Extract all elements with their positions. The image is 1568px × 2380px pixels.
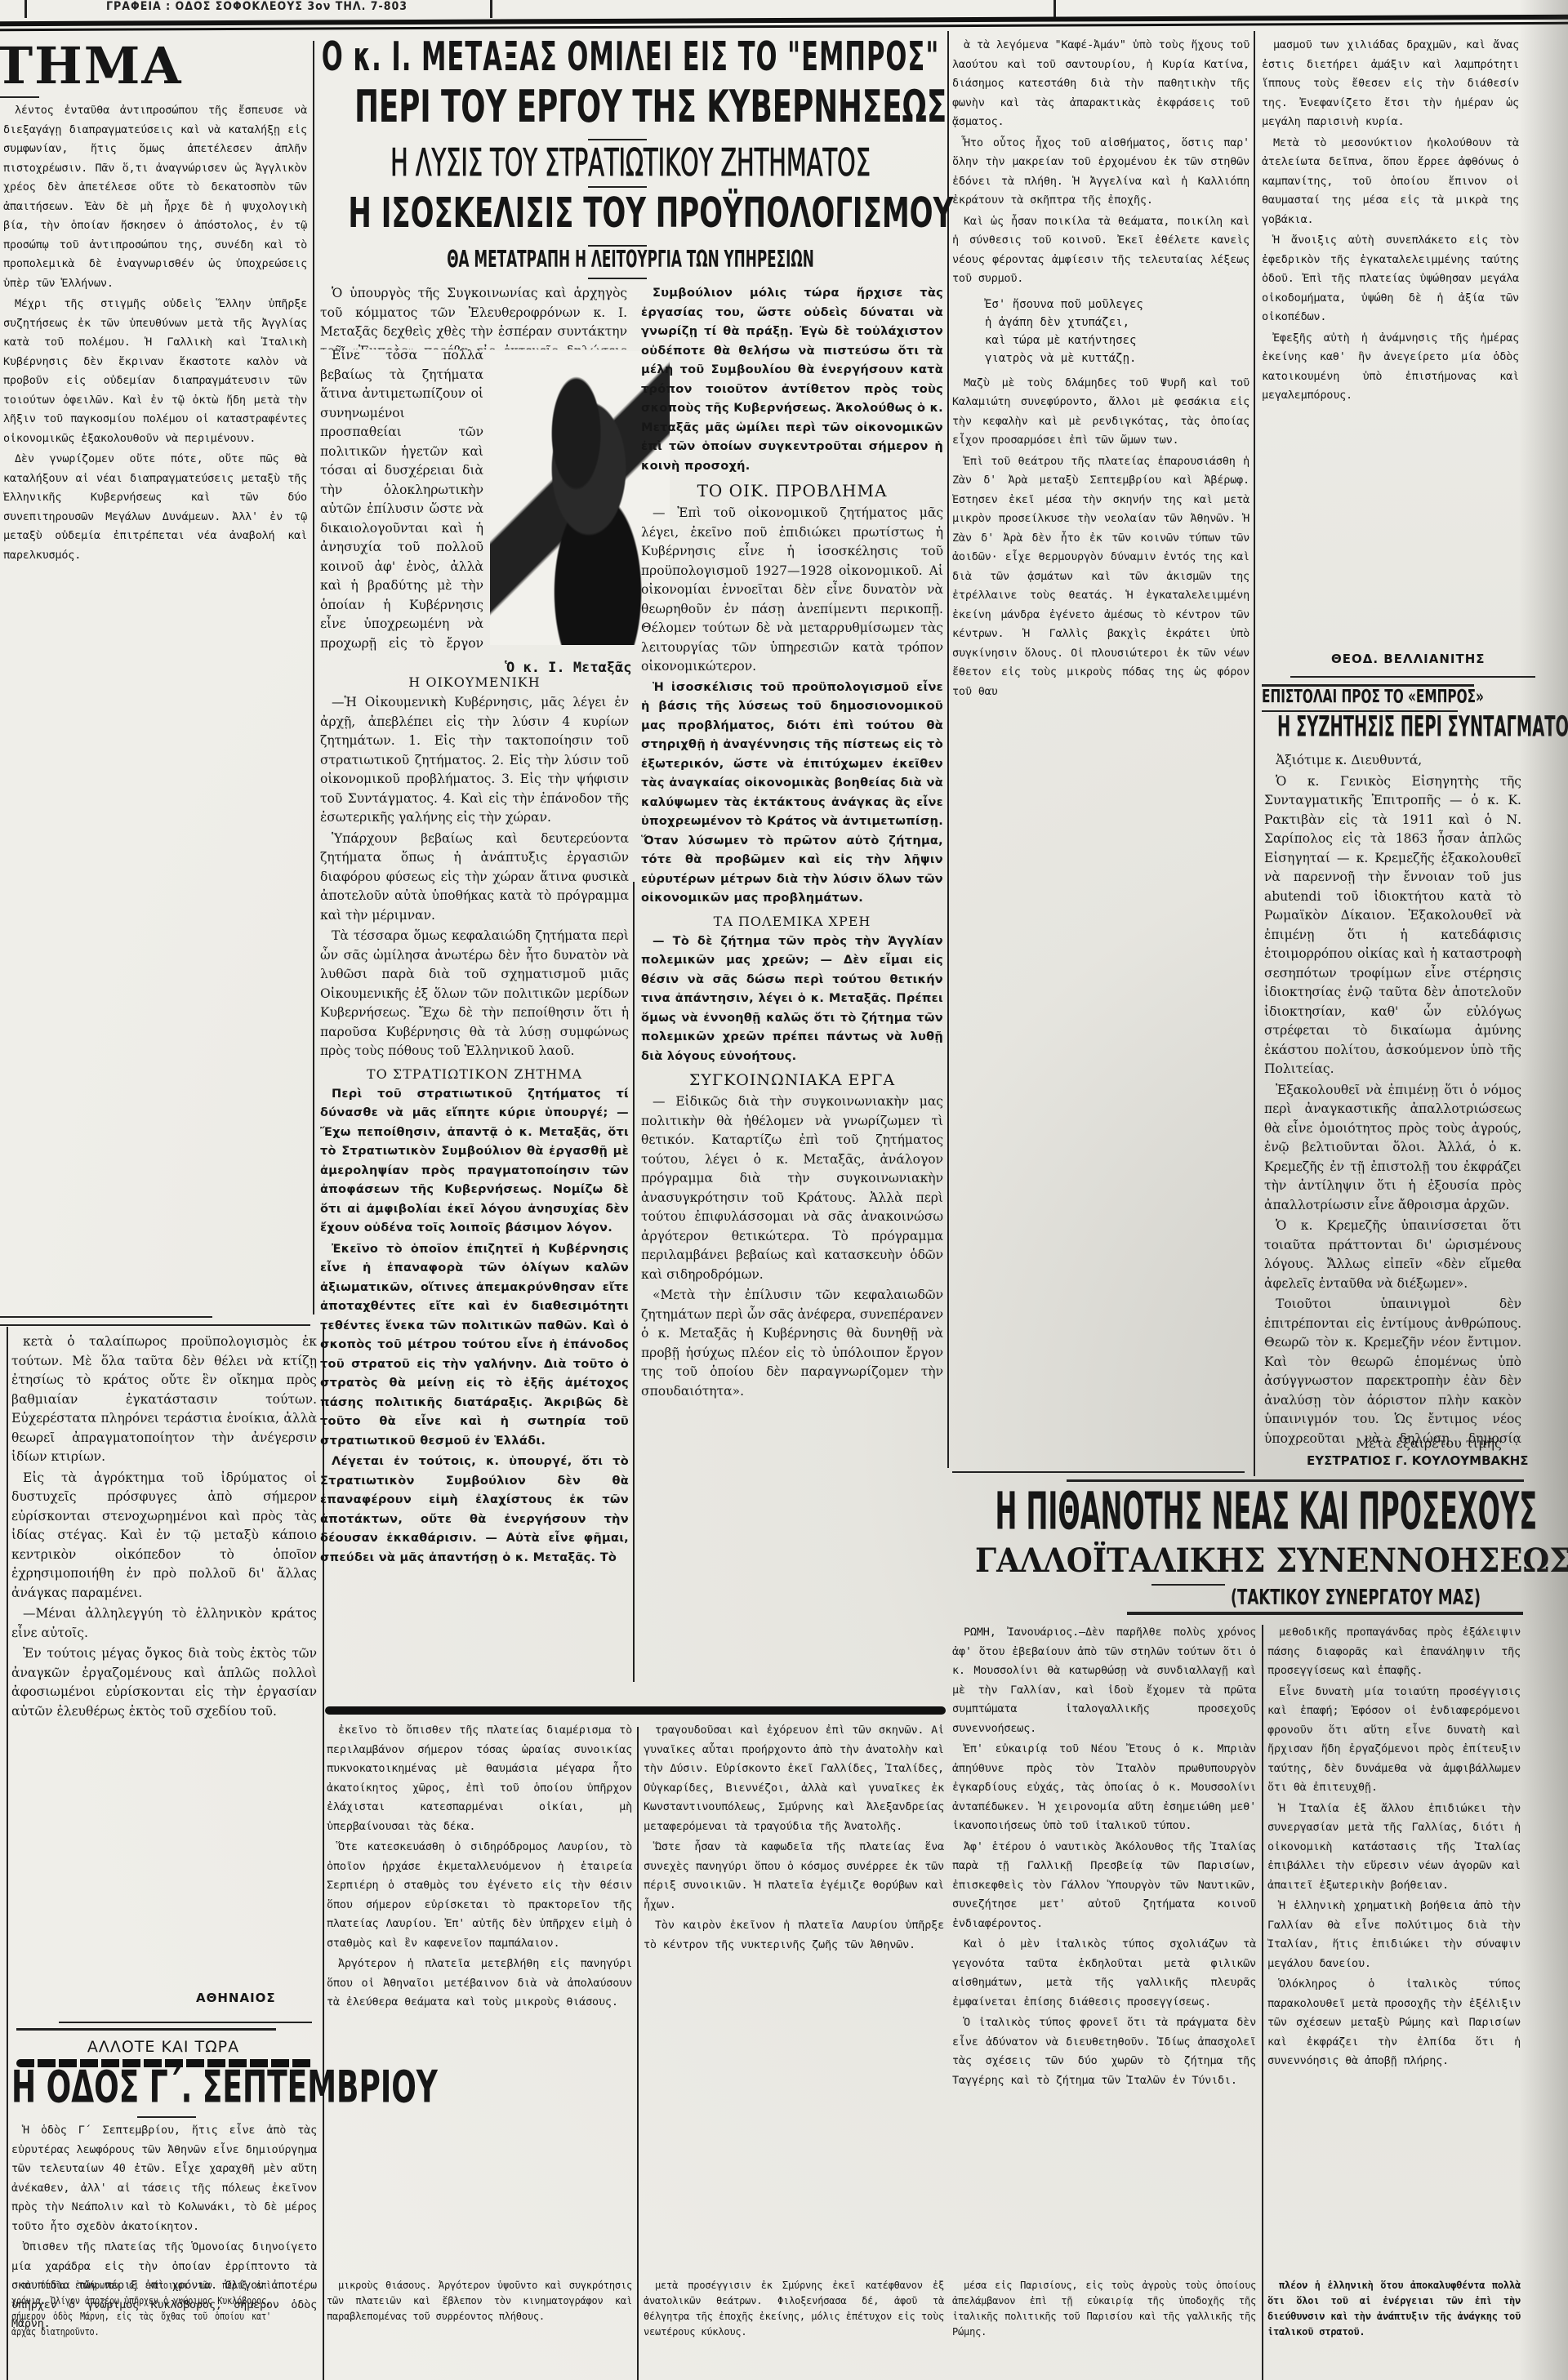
verse-block: Ἐσ' ἤσουνα ποῦ μοῦλεγες ἡ ἀγάπη δὲν χτυπ… [952,296,1249,367]
franco-italian-headline-2: ΓΑΛΛΟΪΤΑΛΙΚΗΣ ΣΥΝΕΝΝΟΗΣΕΩΣ [975,1541,1501,1580]
section-rule [0,1316,212,1318]
bottom-strip-3: μετὰ προσέγγισιν ἐκ Σμύρνης ἐκεῖ κατέφθα… [644,2278,944,2380]
bottom-strip-2: μικροὺς θιάσους. Ἀργότερον ὑψοῦντο καὶ σ… [327,2278,632,2380]
paragraph: Ὁ κ. Κρεμεζῆς ὑπαινίσσεται ὅτι τοιαῦτα π… [1264,1217,1521,1293]
letters-kicker: ΕΠΙΣΤΟΛΑΙ ΠΡΟΣ ΤΟ «ΕΜΠΡΟΣ» [1262,687,1484,708]
paragraph: Ἐπ' εὐκαιρίᾳ τοῦ Νέου Ἔτους ὁ κ. Μπριὰν … [952,1740,1256,1836]
paragraph: Εἶνε δυνατὴ μία τοιαύτη προσέγγισις καὶ … [1267,1683,1521,1798]
byline-signature: ΑΘΗΝΑΙΟΣ [196,1991,276,2005]
headline-underline [588,186,647,188]
paragraph: —Μέναι ἀλληλεγγύη τὸ ἑλληνικὸν κράτος εἶ… [11,1604,317,1643]
byline: (ΤΑΚΤΙΚΟΥ ΣΥΝΕΡΓΑΤΟΥ ΜΑΣ) [1184,1584,1527,1609]
verse-line: καὶ τώρα μὲ κατήντησες [952,331,1249,349]
section-rule [325,1706,946,1715]
theatre-column-2: τραγουδοῦσαι καὶ ἐχόρευον ἐπὶ τῶν σκηνῶν… [644,1721,944,2276]
paragraph: Ἡ ἰσοσκέλισις τοῦ προϋπολογισμοῦ εἶνε ἡ … [641,678,943,909]
paragraph: Ὁλόκληρος ὁ ἰταλικὸς τύπος παρακολουθεῖ … [1267,1975,1521,2071]
paragraph: Συμβούλιον μόλις τώρα ἤρχισε τὰς ἐργασία… [641,284,943,476]
paragraph: Ὁ κ. Γενικὸς Εἰσηγητὴς τῆς Συνταγματικῆς… [1264,772,1521,1079]
byline-underline [1127,1612,1523,1615]
title-underline [0,96,39,98]
paragraph: Ἐκεῖνο τὸ ὁποῖον ἐπιζητεῖ ἡ Κυβέρνησις ε… [320,1240,629,1452]
paragraph: κετὰ ὁ ταλαίπωρος προϋπολογισμὸς ἐκ τούτ… [11,1332,317,1467]
paragraph: «Μετὰ τὴν ἐπίλυσιν τῶν κεφαλαιωδῶν ζητημ… [641,1286,943,1401]
article-title-fragment: ΤΗΜΑ [0,36,182,96]
column-divider [947,31,949,1468]
paragraph: Μέχρι τῆς στιγμῆς οὐδεὶς Ἕλλην ὑπῆρξε συ… [3,295,307,448]
left-article-body: λέντος ἐνταῦθα ἀντιπροσώπου τῆς ἔσπευσε … [3,101,307,1301]
newspaper-page: ΓΡΑΦΕΙΑ : ΟΔΟΣ ΣΟΦΟΚΛΕΟΥΣ 3ον ΤΗΛ. 7-803… [0,0,1568,2380]
paragraph: τραγουδοῦσαι καὶ ἐχόρευον ἐπὶ τῶν σκηνῶν… [644,1721,944,1836]
paragraph: Δὲν γνωρίζομεν οὔτε πότε, οὔτε πῶς θὰ κα… [3,450,307,565]
paragraph: —Ἡ Οἰκουμενικὴ Κυβέρνησις, μᾶς λέγει ἐν … [320,693,629,828]
letters-body: Ἀξιότιμε κ. Διευθυντά, Ὁ κ. Γενικὸς Εἰση… [1264,751,1521,1445]
paragraph: μικροὺς θιάσους. Ἀργότερον ὑψοῦντο καὶ σ… [327,2278,632,2324]
paragraph: Τὸν καιρὸν ἐκεῖνον ἡ πλατεῖα Λαυρίου ὑπῆ… [644,1916,944,1955]
paragraph: Ὁ ὑπουργὸς τῆς Συγκοινωνίας καὶ ἀρχηγὸς … [320,284,627,349]
paragraph: πλέον ἡ ἑλληνικὴ ὅτου ἀποκαλυφθέντα πολλ… [1267,2278,1521,2340]
bottom-strip-5: πλέον ἡ ἑλληνικὴ ὅτου ἀποκαλυφθέντα πολλ… [1267,2278,1521,2380]
section-heading: Η ΟΙΚΟΥΜΕΝΙΚΗ [320,674,629,690]
intro-paragraph: Ὁ ὑπουργὸς τῆς Συγκοινωνίας καὶ ἀρχηγὸς … [320,284,627,349]
paragraph: Ἐφεξῆς αὐτὴ ἡ ἀνάμνησις τῆς ἡμέρας ἐκείν… [1262,329,1519,406]
paragraph: Εἰς τὰ ἀγρόκτημα τοῦ ἰδρύματος οἱ δυστυχ… [11,1469,317,1604]
bottom-strip-4: μέσα εἰς Παρισίους, εἰς τοὺς ἀγροὺς τοὺς… [952,2278,1256,2380]
section-rule [0,1324,310,1326]
paragraph: τὰ ὁποῖα ἐπλήρωνον οἱ κάτοικοι τῶν πέριξ… [11,2278,271,2340]
paragraph: Λέγεται ἐν τούτοις, κ. ὑπουργέ, ὅτι τὸ Σ… [320,1452,629,1568]
paragraph: — Ἐπὶ τοῦ οἰκονομικοῦ ζητήματος μᾶς λέγε… [641,504,943,677]
section-kicker: ΑΛΛΟΤΕ ΚΑΙ ΤΩΡΑ [11,2038,315,2056]
paragraph: ἐκεῖνο τὸ ὄπισθεν τῆς πλατείας διαμέρισμ… [327,1721,632,1836]
metaxas-column-2: Συμβούλιον μόλις τώρα ἤρχισε τὰς ἐργασία… [641,284,943,1697]
paragraph: μέσα εἰς Παρισίους, εἰς τοὺς ἀγροὺς τοὺς… [952,2278,1256,2340]
divider [1053,0,1056,18]
section-heading: ΤΟ ΣΤΡΑΤΙΩΤΙΚΟΝ ΖΗΤΗΜΑ [320,1066,629,1082]
verse-line: Ἐσ' ἤσουνα ποῦ μοῦλεγες [952,296,1249,314]
section-heading: ΣΥΓΚΟΙΝΩΝΙΑΚΑ ΕΡΓΑ [641,1071,943,1089]
verse-line: γιατρὸς νὰ μὲ κυττάζῃ. [952,349,1249,367]
franco-italian-column-1: ΡΩΜΗ, Ἰανουάριος.—Δὲν παρῆλθε πολὺς χρόν… [952,1623,1256,2276]
street-headline: Η ΟΔΟΣ Γ΄. ΣΕΠΤΕΜΒΡΙΟΥ [11,2062,315,2113]
paragraph: Ἀργότερον ἡ πλατεῖα μετεβλήθη εἰς πανηγύ… [327,1955,632,2013]
byline-signature: ΘΕΟΔ. ΒΕΛΛΙΑΝΙΤΗΣ [1331,652,1486,666]
column-divider [1262,1625,1263,2380]
paragraph: Ὥστε ἦσαν τὰ καφωδεῖα τῆς πλατείας ἕνα σ… [644,1838,944,1915]
paragraph: Τοιοῦτοι ὑπαινιγμοὶ δὲν ἐπιτρέπονται εἰς… [1264,1295,1521,1445]
paragraph: λέντος ἐνταῦθα ἀντιπροσώπου τῆς ἔσπευσε … [3,101,307,293]
section-rule [16,2028,276,2031]
office-address: ΓΡΑΦΕΙΑ : ΟΔΟΣ ΣΟΦΟΚΛΕΟΥΣ 3ον ΤΗΛ. 7-803 [106,0,408,13]
theatre-column-1: ἐκεῖνο τὸ ὄπισθεν τῆς πλατείας διαμέρισμ… [327,1721,632,2276]
paragraph: Ὑπάρχουν βεβαίως καὶ δευτερεύοντα ζητήμα… [320,830,629,926]
paragraph: Ἦτο οὗτος ἦχος τοῦ αἰσθήματος, ὅστις παρ… [952,134,1249,211]
paragraph: Ἀφ' ἑτέρου ὁ ναυτικὸς Ἀκόλουθος τῆς Ἰταλ… [952,1838,1256,1934]
article-kicker: Ο κ. Ι. ΜΕΤΑΞΑΣ ΟΜΙΛΕΙ ΕΙΣ ΤΟ "ΕΜΠΡΟΣ" [320,33,941,81]
section-heading: ΤΑ ΠΟΛΕΜΙΚΑ ΧΡΕΗ [641,914,943,929]
paragraph: μασμοῦ των χιλιάδας δραχμῶν, καὶ ἄνας ἐσ… [1262,36,1519,132]
page-edge-shadow [1519,0,1568,2380]
article-headline: ΠΕΡΙ ΤΟΥ ΕΡΓΟΥ ΤΗΣ ΚΥΒΕΡΝΗΣΕΩΣ [354,81,906,133]
paragraph: Ἡ ἄνοιξις αὐτὴ συνεπλάκετο εἰς τὸν ἐφεδρ… [1262,231,1519,327]
paragraph: Ἐξακολουθεῖ νὰ ἐπιμένῃ ὅτι ὁ νόμος περὶ … [1264,1081,1521,1216]
column-divider [637,1727,639,2380]
section-rule [59,2022,312,2023]
right-article-column-2: μασμοῦ των χιλιάδας δραχμῶν, καὶ ἄνας ἐσ… [1262,36,1519,607]
paragraph: Ἡ ἑλληνικὴ χρηματικὴ βοήθεια ἀπὸ τὴν Γαλ… [1267,1897,1521,1973]
column-divider [1254,31,1255,1476]
divider [490,0,492,18]
column-divider [633,882,635,1682]
paragraph: μετὰ προσέγγισιν ἐκ Σμύρνης ἐκεῖ κατέφθα… [644,2278,944,2340]
paragraph: Τὰ τέσσαρα ὅμως κεφαλαιώδη ζητήματα περὶ… [320,927,629,1061]
paragraph: Ὁ ἰταλικὸς τύπος φρονεῖ ὅτι τὰ πράγματα … [952,2013,1256,2090]
paragraph: Μετὰ τὸ μεσονύκτιον ἠκολούθουν τὰ ἀτελεί… [1262,134,1519,230]
paragraph: Μαζὺ μὲ τοὺς δλάμηδες τοῦ Ψυρῆ καὶ τοῦ Κ… [952,374,1249,451]
paragraph: μεθοδικῆς προπαγάνδας πρὸς ἐξάλειψιν πάσ… [1267,1623,1521,1681]
paragraph: Καὶ ὁ μὲν ἰταλικὸς τύπος σχολιάζων τὰ γε… [952,1935,1256,2012]
paragraph: Εἶνε τόσα πολλὰ βεβαίως τὰ ζητήματα ἅτιν… [320,346,483,656]
left-continued-body: κετὰ ὁ ταλαίπωρος προϋπολογισμὸς ἐκ τούτ… [11,1332,317,1977]
section-heading: ΤΟ ΟΙΚ. ΠΡΟΒΛΗΜΑ [641,481,943,500]
headline-underline [137,2116,196,2118]
paragraph: — Τὸ δὲ ζήτημα τῶν πρὸς τὴν Ἀγγλίαν πολε… [641,932,943,1067]
paragraph: Ἐν τούτοις μέγας ὄγκος διὰ τοὺς ἐκτὸς τῶ… [11,1644,317,1721]
verse-line: ἡ ἀγάπη δὲν χτυπάζει, [952,314,1249,331]
letter-signature: ΕΥΣΤΡΑΤΙΟΣ Γ. ΚΟΥΛΟΥΜΒΑΚΗΣ [1307,1453,1529,1468]
salutation: Ἀξιότιμε κ. Διευθυντά, [1264,751,1521,771]
paragraph: ΡΩΜΗ, Ἰανουάριος.—Δὲν παρῆλθε πολὺς χρόν… [952,1623,1256,1738]
letters-headline: Η ΣΥΖΗΤΗΣΙΣ ΠΕΡΙ ΣΥΝΤΑΓΜΑΤΟΣ [1277,710,1512,744]
franco-italian-column-2: μεθοδικῆς προπαγάνδας πρὸς ἐξάλειψιν πάσ… [1267,1623,1521,2276]
paragraph: Καὶ ὡς ἦσαν ποικίλα τὰ θεάματα, ποικίλη … [952,212,1249,289]
letter-closing: Μετὰ ἐξαιρέτου τιμῆς [1356,1435,1502,1451]
section-rule [1290,676,1535,678]
paragraph: Ἡ Ἰταλία ἐξ ἄλλου ἐπιδιώκει τὴν συνεργασ… [1267,1799,1521,1896]
section-rule [952,1471,1245,1473]
franco-italian-headline-1: Η ΠΙΘΑΝΟΤΗΣ ΝΕΑΣ ΚΑΙ ΠΡΟΣΕΧΟΥΣ [996,1481,1481,1541]
paragraph: Ἐπὶ τοῦ θεάτρου τῆς πλατείας ἐπαρουσιάσθ… [952,452,1249,702]
article-subhead: ΘΑ ΜΕΤΑΤΡΑΠΗ Η ΛΕΙΤΟΥΡΓΙΑ ΤΩΝ ΥΠΗΡΕΣΙΩΝ [367,247,894,274]
paragraph: ὰ τὰ λεγόμενα "Καφέ-Ἀμάν" ὑπὸ τοὺς ἤχους… [952,36,1249,132]
article-subhead: Η ΛΥΣΙΣ ΤΟΥ ΣΤΡΑΤΙΩΤΙΚΟΥ ΖΗΤΗΜΑΤΟΣ [320,140,941,185]
right-article-column-1: ὰ τὰ λεγόμενα "Καφέ-Ἀμάν" ὑπὸ τοὺς ἤχους… [952,36,1249,1457]
paragraph: Περὶ τοῦ στρατιωτικοῦ ζητήματος τί δύνασ… [320,1085,629,1239]
intro-continued: Εἶνε τόσα πολλὰ βεβαίως τὰ ζητήματα ἅτιν… [320,346,483,656]
column-divider [313,41,314,1315]
paragraph: Ἡ ὁδὸς Γ΄ Σεπτεμβρίου, ἥτις εἶνε ἀπὸ τὰς… [11,2121,317,2236]
paragraph: Ὅτε κατεσκευάσθη ὁ σιδηρόδρομος Λαυρίου,… [327,1838,632,1953]
article-subhead: Η ΙΣΟΣΚΕΛΙΣΙΣ ΤΟΥ ΠΡΟΫΠΟΛΟΓΙΣΜΟΥ [348,189,912,237]
divider [24,0,27,18]
paragraph: — Εἰδικῶς διὰ τὴν συγκοινωνιακὴν μας πολ… [641,1092,943,1284]
metaxas-column-1: Η ΟΙΚΟΥΜΕΝΙΚΗ —Ἡ Οἰκουμενικὴ Κυβέρνησις,… [320,670,629,1698]
column-divider [7,1327,8,2380]
bottom-strip-1: τὰ ὁποῖα ἐπλήρωνον οἱ κάτοικοι τῶν πέριξ… [11,2278,271,2380]
headline-underline [588,278,647,279]
